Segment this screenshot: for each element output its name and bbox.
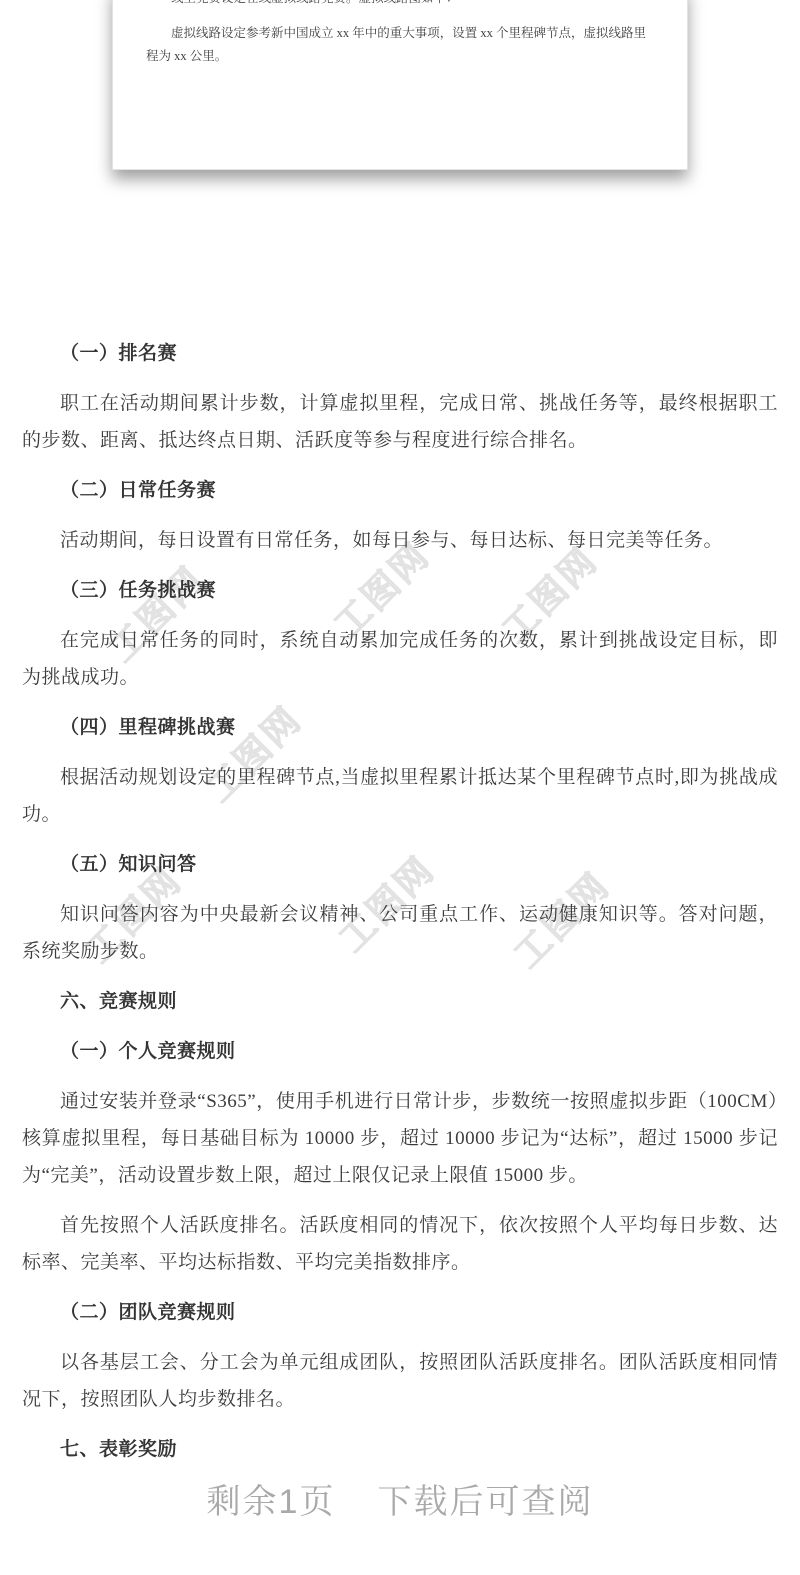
- section-heading: （二）团队竞赛规则: [22, 1294, 778, 1331]
- section-heading: （四）里程碑挑战赛: [22, 709, 778, 746]
- paragraph: 职工在活动期间累计步数，计算虚拟里程，完成日常、挑战任务等，最终根据职工的步数、…: [22, 385, 778, 459]
- section-heading: （一）个人竞赛规则: [22, 1033, 778, 1070]
- paragraph: 首先按照个人活跃度排名。活跃度相同的情况下，依次按照个人平均每日步数、达标率、完…: [22, 1207, 778, 1281]
- paragraph: 活动期间，每日设置有日常任务，如每日参与、每日达标、每日完美等任务。: [22, 522, 778, 559]
- pages-remaining-label: 剩余1页: [207, 1483, 336, 1521]
- download-hint-label: 下载后可查阅: [377, 1483, 593, 1521]
- document-preview-card: 线上竞赛设定在线虚拟线路竞赛。虚拟线路图如下： 虚拟线路设定参考新中国成立 xx…: [112, 0, 688, 170]
- section-heading: （二）日常任务赛: [22, 472, 778, 509]
- download-hint-bar: 剩余1页下载后可查阅: [0, 1474, 800, 1523]
- paragraph: 通过安装并登录“S365”，使用手机进行日常计步，步数统一按照虚拟步距（100C…: [22, 1083, 778, 1194]
- section-heading: （五）知识问答: [22, 846, 778, 883]
- section-heading: 七、表彰奖励: [22, 1431, 778, 1468]
- preview-paragraph: 虚拟线路设定参考新中国成立 xx 年中的重大事项，设置 xx 个里程碑节点，虚拟…: [146, 22, 654, 68]
- paragraph: 根据活动规划设定的里程碑节点,当虚拟里程累计抵达某个里程碑节点时,即为挑战成功。: [22, 759, 778, 833]
- paragraph: 知识问答内容为中央最新会议精神、公司重点工作、运动健康知识等。答对问题，系统奖励…: [22, 896, 778, 970]
- paragraph: 在完成日常任务的同时，系统自动累加完成任务的次数，累计到挑战设定目标，即为挑战成…: [22, 622, 778, 696]
- section-heading: （三）任务挑战赛: [22, 572, 778, 609]
- document-body: （一）排名赛 职工在活动期间累计步数，计算虚拟里程，完成日常、挑战任务等，最终根…: [22, 335, 778, 1481]
- clipped-text-line: 线上竞赛设定在线虚拟线路竞赛。虚拟线路图如下：: [146, 0, 654, 9]
- paragraph: 以各基层工会、分工会为单元组成团队，按照团队活跃度排名。团队活跃度相同情况下，按…: [22, 1344, 778, 1418]
- section-heading: （一）排名赛: [22, 335, 778, 372]
- section-heading: 六、竞赛规则: [22, 983, 778, 1020]
